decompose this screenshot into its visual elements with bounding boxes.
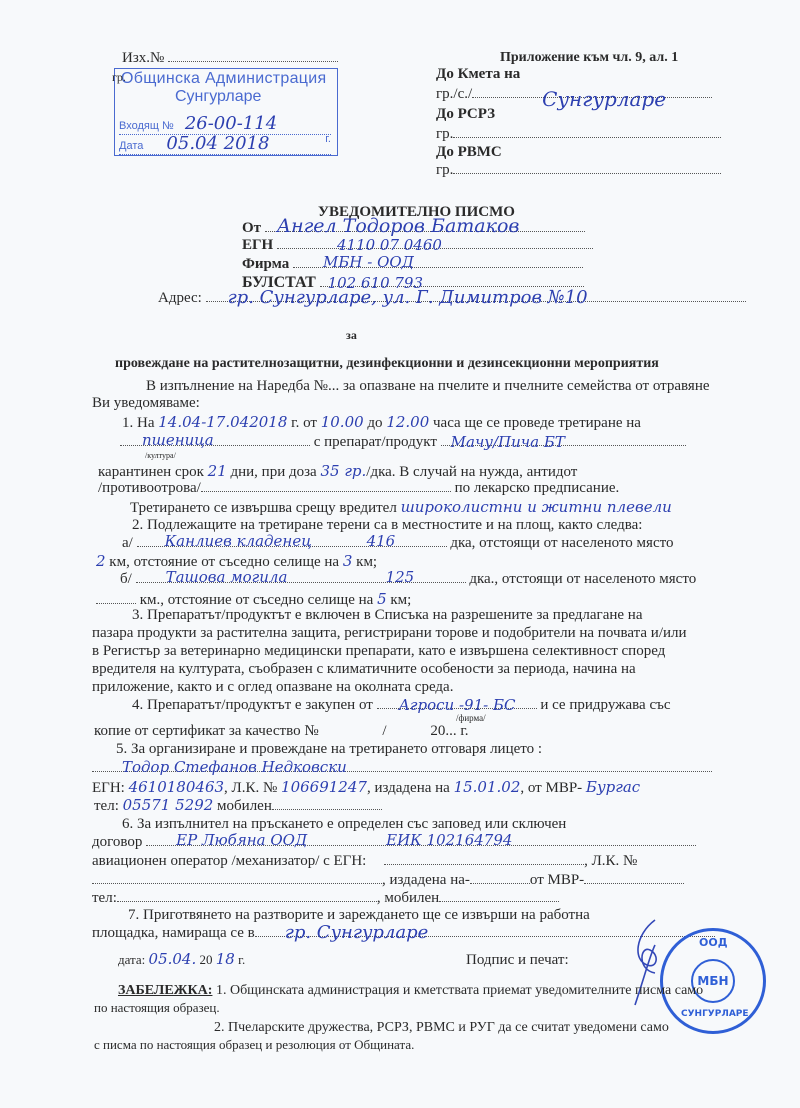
footer-date-value: 05.04. — [149, 950, 197, 968]
item1-quarantine-label: карантинен срок — [98, 464, 204, 480]
city-label: гр. — [112, 70, 126, 85]
item1-to-time: 12.00 — [386, 413, 429, 431]
item1-crop-value: пшеница — [142, 431, 214, 449]
registry-stamp: Общинска Администрация Сунгурларе Входящ… — [114, 68, 338, 156]
stamp-date-value: 05.04 2018 — [166, 133, 269, 154]
item5-lk-value: 106691247 — [281, 778, 367, 796]
intro-line-2: Ви уведомяваме: — [92, 395, 200, 412]
to-mayor-city-label: гр./с./ — [436, 86, 472, 102]
to-rsrz-label: До РСРЗ — [436, 106, 495, 123]
item1-pest-line: Третирането се извършва срещу вредител ш… — [130, 498, 672, 517]
to-mayor-city-line: гр./с./ Сунгурларе — [436, 86, 712, 103]
item5-mobile-label: мобилен — [217, 798, 272, 814]
item3-line-2: пазара продукти за растителна защита, ре… — [92, 625, 687, 642]
item1-pest-value: широколистни и житни плевели — [401, 498, 672, 516]
item2-a-place: Канлиев кладенец — [165, 532, 312, 550]
to-mayor-city-value: Сунгурларе — [542, 87, 666, 111]
to-rsrz-city-line: гр. — [436, 126, 721, 143]
item5-tel-label: тел: — [94, 798, 119, 814]
stamp-date-row: Дата 05.04 2018 г. — [119, 133, 331, 155]
note-line-1b: по настоящия образец. — [94, 1000, 220, 1016]
footer-date-line: дата: 05.04. 20 18 г. — [118, 950, 245, 968]
item1-crop-caption: /култура/ — [145, 451, 176, 460]
company-stamp-bottom: СУНГУРЛАРЕ — [681, 1009, 749, 1019]
stamp-date-label: Дата — [119, 140, 143, 152]
item1-antidote-line: /противоотрова/ по лекарско предписание. — [98, 480, 619, 497]
item6-issued-label: , издадена на- — [382, 872, 470, 888]
item5-egn-value: 4610180463 — [129, 778, 224, 796]
item5-egn-label: ЕГН: — [92, 780, 125, 796]
to-mayor-label: До Кмета на — [436, 66, 520, 83]
item7-place-label: площадка, намираща се в — [92, 925, 255, 941]
signature-label: Подпис и печат: — [466, 952, 569, 969]
item3-line-1: 3. Препаратът/продуктът е включен в Спис… — [132, 607, 643, 624]
stamp-incoming-label: Входящ № — [119, 120, 174, 132]
item1-product-label: с препарат/продукт — [314, 434, 437, 450]
item5-egn-line: ЕГН: 4610180463, Л.К. № 106691247, издад… — [92, 778, 640, 797]
item1-antidote-label: /противоотрова/ — [98, 480, 201, 496]
item5-issued-value: 15.01.02 — [454, 778, 521, 796]
item1-prefix: 1. На — [122, 415, 155, 431]
stamp-line-1: Общинска Администрация — [121, 70, 326, 88]
stamp-line-2: Сунгурларе — [175, 88, 261, 106]
item5-mvr-value: Бургас — [586, 778, 640, 796]
item4-line: 4. Препаратът/продуктът е закупен от Агр… — [132, 697, 671, 714]
item5-tel-value: 05571 5292 — [123, 796, 214, 814]
item5-issued-label: , издадена на — [367, 780, 450, 796]
item4-firm-caption: /фирма/ — [456, 713, 486, 723]
item6-mvr-label: от МВР- — [530, 872, 584, 888]
sender-from-line: От Ангел Тодоров Батаков — [242, 220, 585, 237]
item6-eik-value: ЕИК 102164794 — [386, 831, 512, 849]
item2-b-km-suffix: км; — [390, 592, 411, 608]
item5-heading: 5. За организиране и провеждане на трети… — [116, 741, 542, 758]
item1-dose-value: 35 гр. — [320, 462, 366, 480]
item5-person-value: Тодор Стефанов Недковски — [122, 758, 347, 776]
to-rvms-city-label: гр. — [436, 162, 453, 178]
footer-year-prefix: 20 — [200, 952, 213, 967]
item4-cert-year: 20... г. — [430, 723, 468, 739]
subtitle: провеждане на растителнозащитни, дезинфе… — [115, 356, 659, 372]
item2-a-line: а/ Канлиев кладенец 416 дка, отстоящи от… — [122, 535, 673, 552]
footer-year-suffix: г. — [238, 952, 245, 967]
item1-dose-suffix: /дка. В случай на нужда, антидот — [366, 464, 577, 480]
item6-contract-label: договор — [92, 834, 142, 850]
note-item-2: 2. Пчеларските дружества, РСРЗ, РВМС и Р… — [214, 1020, 669, 1036]
item2-b-neigh-label: км., отстояние от съседно селище на — [140, 592, 374, 608]
item5-tel-line: тел: 05571 5292 мобилен — [94, 796, 382, 815]
stamp-date-suffix: г. — [325, 133, 331, 145]
sender-egn-value: 4110 07 0460 — [337, 236, 442, 254]
item6-operator-label: авиационен оператор /механизатор/ с ЕГН: — [92, 853, 366, 869]
stamp-incoming-row: Входящ № 26-00-114 — [119, 113, 331, 135]
sender-egn-line: ЕГН 4110 07 0460 — [242, 237, 593, 254]
item3-line-5: приложение, както и с оглед опазване на … — [92, 679, 453, 696]
item1-from-time: 10.00 — [321, 413, 364, 431]
item1-product-value: Мачу/Пича БТ — [451, 433, 565, 451]
note-line-2b: с писма по настоящия образец и резолюция… — [94, 1037, 414, 1053]
item6-lk-label: , Л.К. № — [584, 853, 637, 869]
item1-antidote-suffix: по лекарско предписание. — [455, 480, 620, 496]
item2-a-km: 2 — [96, 552, 106, 570]
item2-b-neigh-value: 5 — [377, 590, 387, 608]
sender-address-label: Адрес: — [158, 290, 202, 306]
item2-a-label: а/ — [122, 535, 133, 551]
item7-place-value: гр. Сунгурларе — [285, 922, 429, 943]
item4-cert-slash: / — [382, 723, 386, 739]
sender-from-label: От — [242, 220, 261, 236]
sender-firm-line: Фирма МБН - ООД — [242, 256, 583, 273]
sender-firm-value: МБН - ООД — [323, 253, 414, 271]
company-stamp: ООД МБН СУНГУРЛАРЕ — [660, 928, 766, 1034]
sender-egn-label: ЕГН — [242, 237, 273, 253]
item2-b-place: Ташова могила — [166, 568, 288, 586]
item6-operator-line: авиационен оператор /механизатор/ с ЕГН:… — [92, 853, 637, 870]
item4-cert-line: копие от сертификат за качество № / 20..… — [94, 723, 469, 740]
item7-place-line: площадка, намираща се вгр. Сунгурларе — [92, 925, 715, 942]
item2-a-suffix: дка, отстоящи от населеното място — [450, 535, 673, 551]
item6-mobile-label: , мобилен — [377, 890, 439, 906]
item2-b-suffix: дка., отстоящи от населеното място — [469, 571, 696, 587]
stamp-incoming-value: 26-00-114 — [185, 113, 277, 134]
intro-line: В изпълнение на Наредба №... за опазване… — [146, 378, 710, 395]
item1-year: 2018 — [249, 413, 287, 431]
outgoing-number-line: Изх.№ — [122, 50, 338, 67]
sender-from-value: Ангел Тодоров Батаков — [277, 215, 520, 237]
company-stamp-top: ООД — [699, 936, 728, 949]
item4-suffix: и се придружава със — [540, 697, 670, 713]
outgoing-number-field — [168, 61, 338, 62]
for-label: за — [346, 328, 357, 343]
footer-date-label: дата: — [118, 952, 145, 967]
to-rvms-city-line: гр. — [436, 162, 721, 179]
item6-tel-line: тел:, мобилен — [92, 890, 559, 907]
item1-days-dose: дни, при доза — [231, 464, 317, 480]
note-item-1: 1. Общинската администрация и кметствата… — [216, 983, 703, 998]
item2-b-line: б/ Ташова могила 125 дка., отстоящи от н… — [120, 571, 696, 588]
item1-suffix: часа ще се проведе третиране на — [433, 415, 641, 431]
footer-year-value: 18 — [216, 950, 235, 968]
item1-pest-label: Третирането се извършва срещу вредител — [130, 500, 397, 516]
item5-person-line: Тодор Стефанов Недковски — [92, 760, 712, 777]
item6-issued-line: , издадена на-от МВР- — [92, 872, 684, 889]
item2-a-neigh-value: 3 — [343, 552, 353, 570]
sender-firm-label: Фирма — [242, 256, 289, 272]
item2-b-label: б/ — [120, 571, 132, 587]
item5-lk-label: , Л.К. № — [224, 780, 277, 796]
sender-address-value: гр. Сунгурларе, ул. Г. Димитров №10 — [228, 287, 588, 308]
item3-line-4: вредителя на културата, съобразен с клим… — [92, 661, 636, 678]
item4-prefix: 4. Препаратът/продуктът е закупен от — [132, 697, 373, 713]
item2-a-area: 416 — [367, 532, 396, 550]
to-rvms-label: До РВМС — [436, 144, 502, 161]
outgoing-number-label: Изх.№ — [122, 50, 164, 66]
annex-label: Приложение към чл. 9, ал. 1 — [500, 50, 678, 66]
item6-contract-value: ЕР Любяна ООД — [176, 831, 307, 849]
item1-crop-line: пшеница с препарат/продукт Мачу/Пича БТ — [120, 434, 686, 451]
item1-to-label: до — [367, 415, 382, 431]
item6-tel-label: тел: — [92, 890, 117, 906]
item4-cert-label: копие от сертификат за качество № — [94, 723, 319, 739]
item2-a-km-suffix: км; — [356, 554, 377, 570]
item3-line-3: в Регистър за ветеринарно медицински пре… — [92, 643, 665, 660]
item1-from-label: г. от — [291, 415, 317, 431]
item1-quarantine-value: 21 — [208, 462, 227, 480]
item1-date-line: 1. На 14.04-17.042018 г. от 10.00 до 12.… — [122, 413, 641, 432]
item2-b-area: 125 — [386, 568, 415, 586]
to-rsrz-city-label: гр. — [436, 126, 453, 142]
note-label: ЗАБЕЛЕЖКА: — [118, 983, 212, 998]
sender-address-line: Адрес: гр. Сунгурларе, ул. Г. Димитров №… — [158, 290, 746, 307]
note-line-1: ЗАБЕЛЕЖКА: 1. Общинската администрация и… — [118, 983, 703, 999]
item1-quarantine-line: карантинен срок 21 дни, при доза 35 гр./… — [98, 462, 577, 481]
item5-mvr-label: , от МВР- — [520, 780, 582, 796]
item6-contract-line: договор ЕР Любяна ООД ЕИК 102164794 — [92, 834, 696, 851]
item1-date-value: 14.04-17.04 — [158, 413, 249, 431]
item4-firm-value: Агроси -91- БС — [399, 696, 516, 714]
